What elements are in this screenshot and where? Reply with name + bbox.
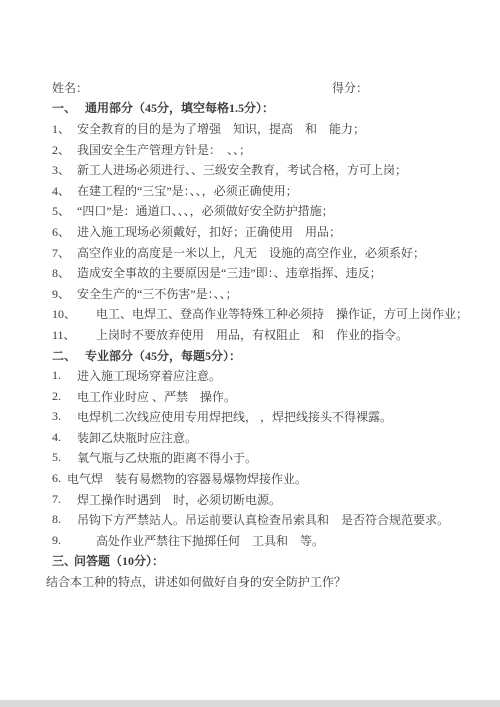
item-number: 2. [52,389,77,404]
item-text: 进入施工现场穿着应注意。 [77,367,221,384]
exam-item-row: 5. 氧气瓶与乙炔瓶的距离不得小于。 [52,448,472,469]
item-text: 我国安全生产管理方针是： 、、； [77,141,251,158]
section-title: 专业部分（45分，每题5分）： [85,347,241,364]
item-number: 2、 [52,141,77,158]
exam-item-row: 4. 装卸乙炔瓶时应注意。 [52,427,472,448]
question-text: 结合本工种的特点，讲述如何做好自身的安全防护工作？ [46,573,346,590]
name-label: 姓名： [52,79,88,96]
item-text: 安全生产的“三不伤害”是：、、； [77,285,238,302]
exam-item-row: 3. 电焊机二次线应使用专用焊把线， ，焊把线接头不得裸露。 [52,407,472,428]
item-text: “四口”是：通道口、、、，必须做好安全防护措施； [77,202,334,219]
item-text: 电气焊 装有易燃物的容器易爆物焊接作业。 [67,470,307,487]
essay-question: 结合本工种的特点，讲述如何做好自身的安全防护工作？ [46,571,472,592]
item-text: 进入施工现场必须戴好，扣好；正确使用 用品； [77,223,341,240]
item-text: 高处作业严禁往下抛掷任何 工具和 等。 [96,532,324,549]
item-number: 1. [52,368,77,383]
section1-heading: 一、 通用部分（45分，填空每格1.5分）： [52,98,472,119]
exam-item-row: 7. 焊工操作时遇到 时，必须切断电源。 [52,489,472,510]
item-number: 7、 [52,244,77,261]
section-title: 问答题（10分）： [74,552,164,569]
section-title: 通用部分（45分，填空每格1.5分）： [85,99,274,116]
item-number: 10、 [52,305,96,322]
exam-item-row: 6. 电气焊 装有易燃物的容器易爆物焊接作业。 [52,468,472,489]
section3-heading: 三、 问答题（10分）： [52,551,472,572]
section-number: 一、 [52,99,85,116]
score-label: 得分： [332,77,368,98]
item-text: 焊工操作时遇到 时，必须切断电源。 [77,491,281,508]
exam-item-row: 8. 吊钩下方严禁站人。吊运前要认真检查吊索具和 是否符合规范要求。 [52,509,472,530]
item-text: 在建工程的“三宝”是：、、，必须正确使用； [77,182,298,199]
item-number: 4. [52,430,77,445]
exam-item-row: 9. 高处作业严禁往下抛掷任何 工具和 等。 [52,530,472,551]
item-number: 3. [52,409,77,424]
exam-item-row: 5、 “四口”是：通道口、、、，必须做好安全防护措施； [52,201,472,222]
exam-item-row: 1. 进入施工现场穿着应注意。 [52,365,472,386]
item-text: 造成安全事故的主要原因是“三违”即：、违章指挥、违反； [77,264,382,281]
item-text: 电工作业时应 、严禁 操作。 [77,388,236,405]
item-text: 安全教育的目的是为了增强 知识，提高 和 能力； [77,120,365,137]
item-number: 6. [52,471,67,486]
item-number: 6、 [52,223,77,240]
item-text: 电工、电焊工、登高作业等特殊工种必须持 操作证，方可上岗作业； [96,305,468,322]
item-number: 5. [52,450,77,465]
section2-heading: 二、 专业部分（45分，每题5分）： [52,345,472,366]
item-text: 吊钩下方严禁站人。吊运前要认真检查吊索具和 是否符合规范要求。 [77,511,449,528]
exam-item-row: 11、 上岗时不要放弃使用 用品，有权阻止 和 作业的指令。 [52,324,472,345]
item-text: 新工人进场必须进行、、三级安全教育，考试合格，方可上岗； [77,161,407,178]
item-number: 1、 [52,120,77,137]
item-number: 4、 [52,182,77,199]
item-text: 电焊机二次线应使用专用焊把线， ，焊把线接头不得裸露。 [77,408,392,425]
item-number: 9. [52,533,96,548]
exam-item-row: 3、 新工人进场必须进行、、三级安全教育，考试合格，方可上岗； [52,159,472,180]
exam-item-row: 8、 造成安全事故的主要原因是“三违”即：、违章指挥、违反； [52,262,472,283]
item-number: 5、 [52,202,77,219]
exam-item-row: 7、 高空作业的高度是一米以上，凡无 设施的高空作业，必须系好； [52,242,472,263]
exam-item-row: 6、 进入施工现场必须戴好，扣好；正确使用 用品； [52,221,472,242]
item-number: 8、 [52,264,77,281]
item-text: 上岗时不要放弃使用 用品，有权阻止 和 作业的指令。 [96,326,408,343]
exam-item-row: 2、 我国安全生产管理方针是： 、、； [52,139,472,160]
exam-item-row: 4、 在建工程的“三宝”是：、、，必须正确使用； [52,180,472,201]
exam-item-row: 1、 安全教育的目的是为了增强 知识，提高 和 能力； [52,118,472,139]
item-text: 氧气瓶与乙炔瓶的距离不得小于。 [77,449,257,466]
item-text: 高空作业的高度是一米以上，凡无 设施的高空作业，必须系好； [77,244,425,261]
item-number: 7. [52,492,77,507]
section-number: 二、 [52,347,85,364]
item-text: 装卸乙炔瓶时应注意。 [77,429,197,446]
page-bottom-edge [0,700,500,707]
exam-paper: 姓名： 得分： 一、 通用部分（45分，填空每格1.5分）： 1、 安全教育的目… [0,0,500,707]
item-number: 8. [52,512,77,527]
item-number: 11、 [52,326,96,343]
section-number: 三、 [52,552,74,569]
exam-item-row: 10、 电工、电焊工、登高作业等特殊工种必须持 操作证，方可上岗作业； [52,304,472,325]
item-number: 3、 [52,161,77,178]
exam-item-row: 2. 电工作业时应 、严禁 操作。 [52,386,472,407]
header-row: 姓名： 得分： [52,77,472,98]
exam-item-row: 9、 安全生产的“三不伤害”是：、、； [52,283,472,304]
item-number: 9、 [52,285,77,302]
